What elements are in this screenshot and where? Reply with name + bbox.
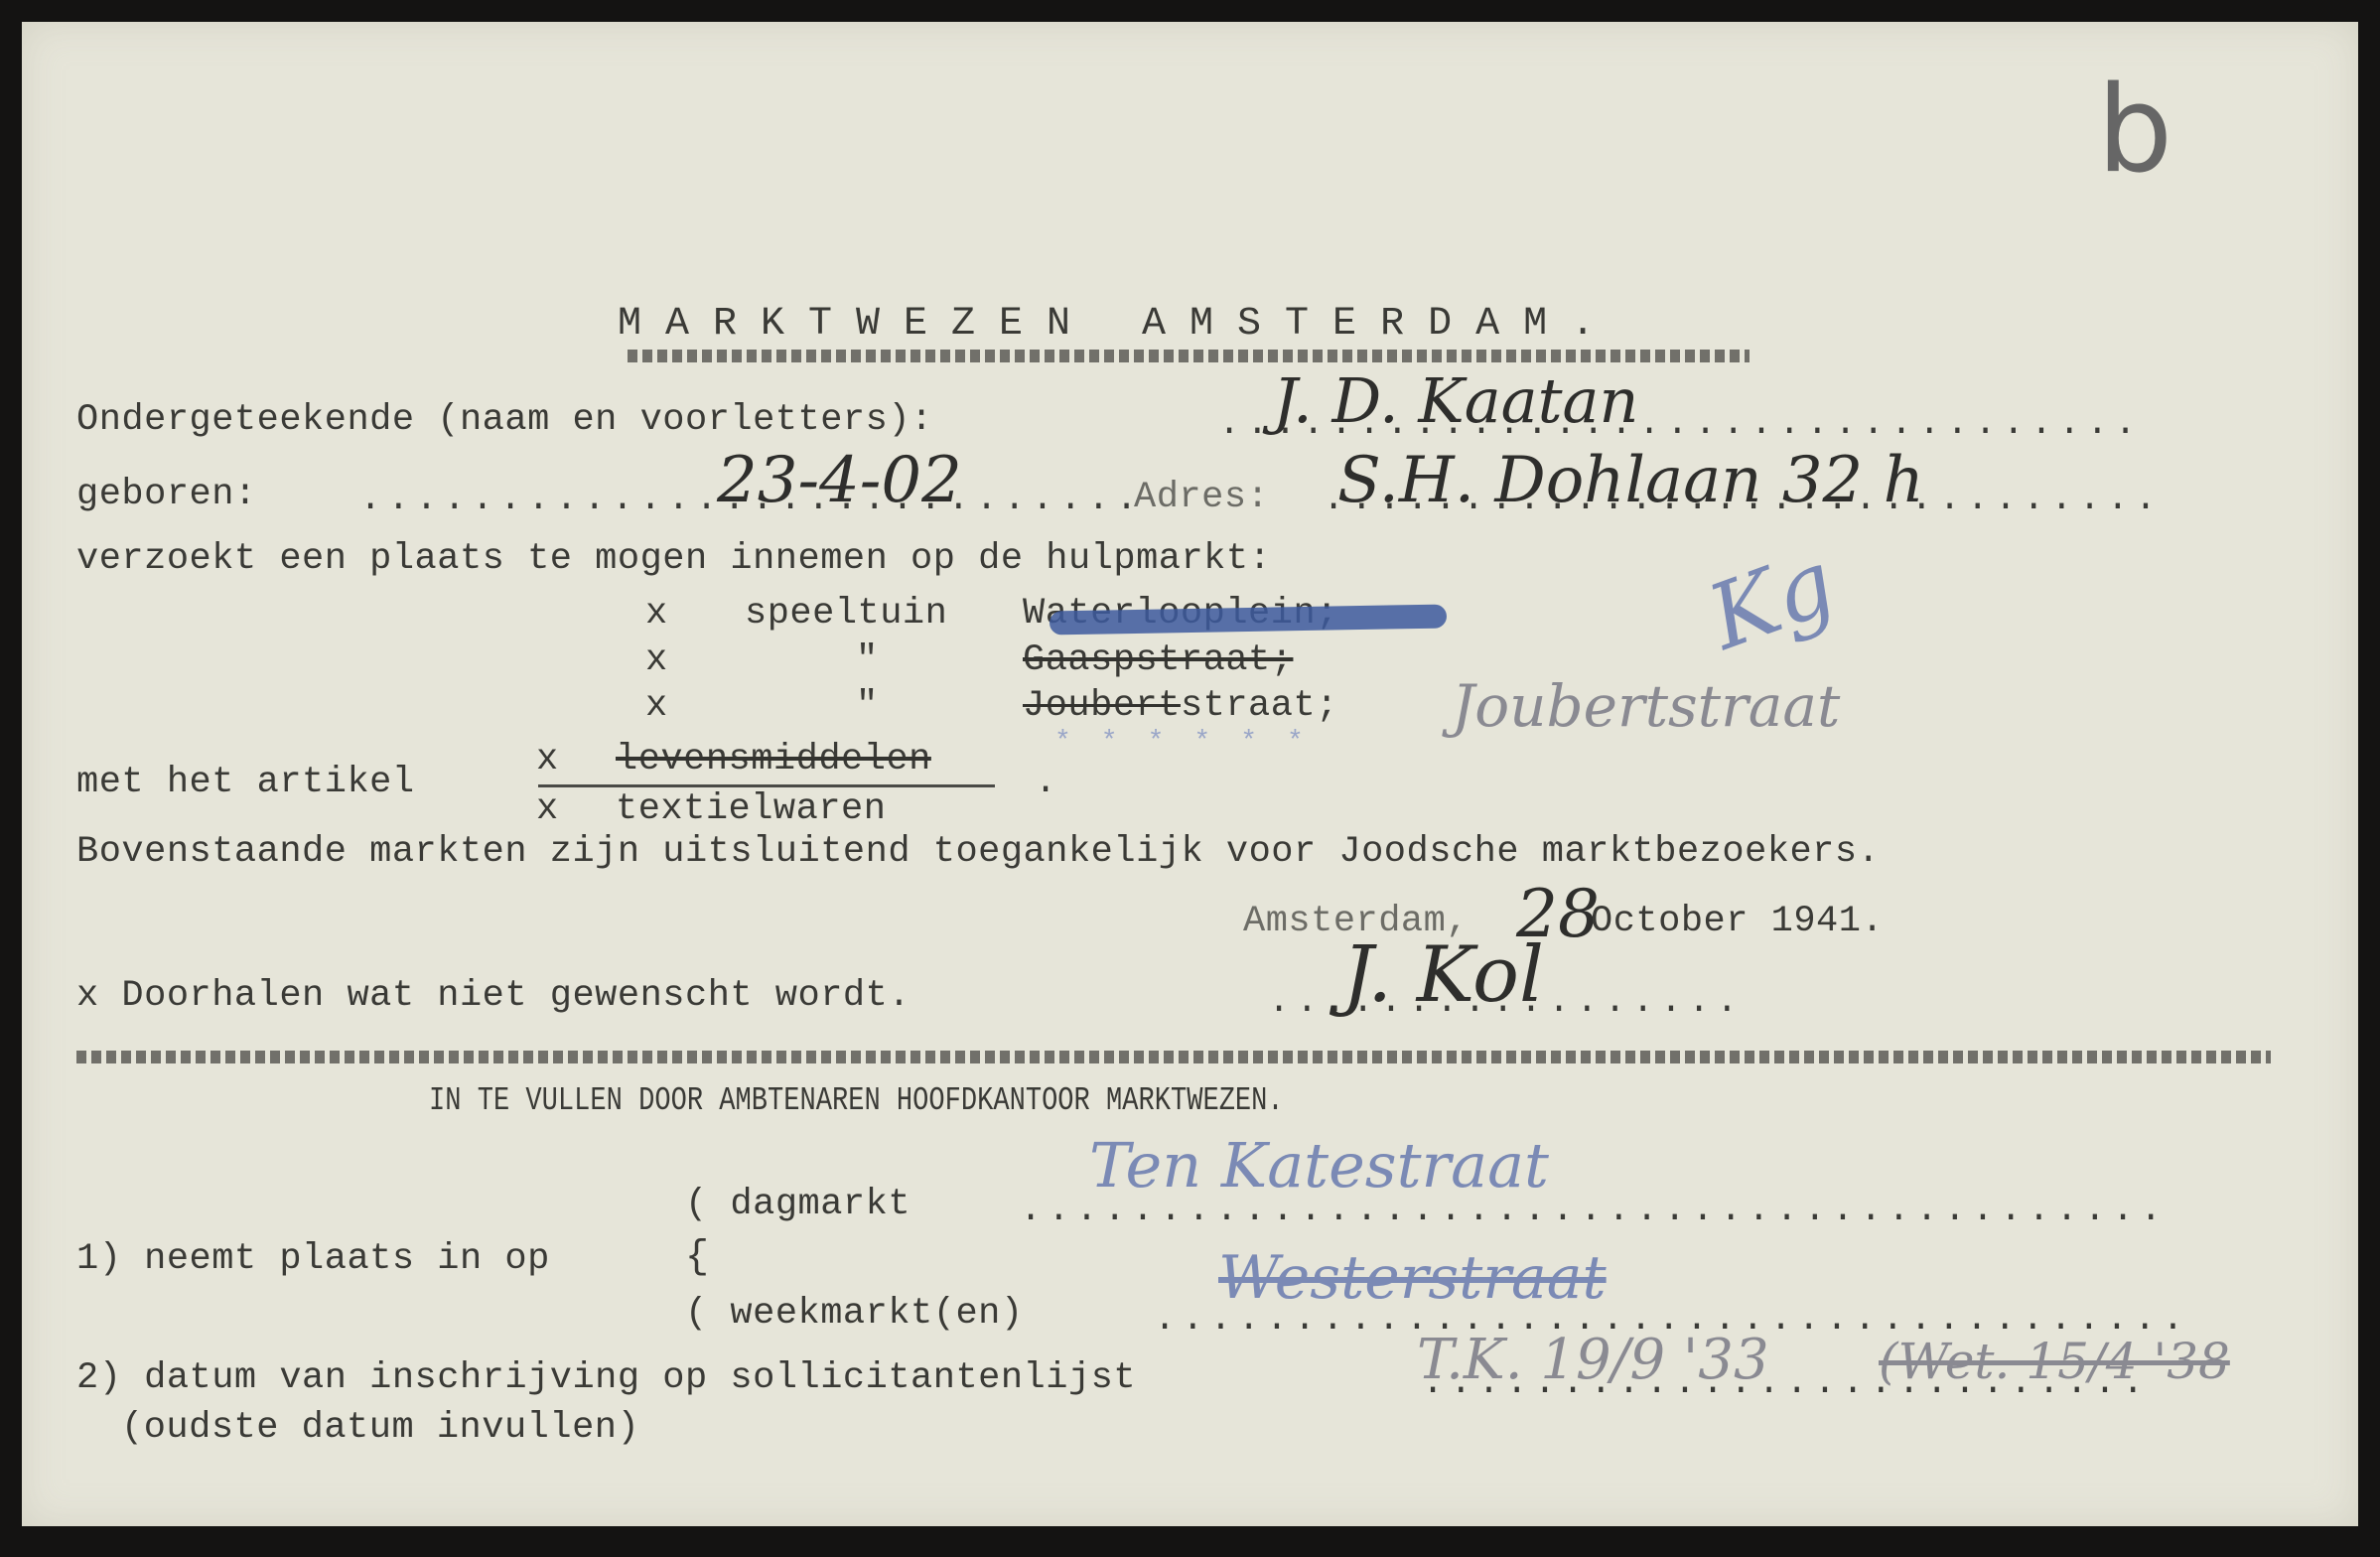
- corner-mark: b: [2097, 62, 2172, 200]
- document-title: MARKTWEZEN AMSTERDAM.: [618, 302, 1618, 347]
- request-intro: verzoekt een plaats te mogen innemen op …: [76, 538, 1271, 580]
- option-prefix: ": [856, 639, 879, 681]
- option-mark: x: [645, 593, 668, 635]
- title-double-underline: [628, 350, 1750, 359]
- article-divider: [538, 784, 995, 787]
- weekmarkt-label: ( weekmarkt(en): [685, 1293, 1024, 1335]
- option-prefix: speeltuin: [745, 593, 947, 635]
- born-handwritten: 23-4-02: [717, 444, 962, 517]
- article-period: .: [1035, 762, 1057, 803]
- dagmarkt-dotted-line: ........................................…: [1020, 1190, 2251, 1231]
- dagmarkt-label: ( dagmarkt: [685, 1184, 910, 1225]
- address-handwritten: S.H. Dohlaan 32 h: [1337, 444, 1924, 517]
- signing-month-year: October 1941.: [1591, 901, 1884, 942]
- signature: J. Kol: [1342, 930, 1544, 1020]
- article-mark: x: [536, 739, 559, 780]
- name-label: Ondergeteekende (naam en voorletters):: [76, 399, 933, 441]
- document-card: b MARKTWEZEN AMSTERDAM. Ondergeteekende …: [22, 22, 2358, 1526]
- official-section-title: IN TE VULLEN DOOR AMBTENAREN HOOFDKANTOO…: [429, 1082, 1284, 1119]
- article-levensmiddelen: levensmiddelen: [616, 739, 931, 780]
- item2-sublabel: (oudste datum invullen): [121, 1407, 639, 1449]
- item2-label: 2) datum van inschrijving op sollicitant…: [76, 1357, 1136, 1399]
- option-prefix: ": [856, 685, 879, 727]
- option-mark: x: [645, 639, 668, 681]
- born-label: geboren:: [76, 474, 257, 515]
- option-mark: x: [645, 685, 668, 727]
- item2-value: T.K. 19/9 '33: [1417, 1328, 1769, 1392]
- brace: {: [685, 1235, 709, 1280]
- footnote: x Doorhalen wat niet gewenscht wordt.: [76, 975, 910, 1017]
- section-separator: [76, 1051, 2271, 1061]
- article-mark: x: [536, 788, 559, 830]
- blue-margin-note: Kg: [1696, 530, 1848, 670]
- name-handwritten: J. D. Kaatan: [1273, 364, 1638, 437]
- option-place-gaaspstraat: Gaaspstraat;: [1023, 639, 1293, 681]
- blue-dots: ******: [1054, 727, 1333, 758]
- article-textielwaren: textielwaren: [616, 788, 886, 830]
- handwritten-joubertstraat: Joubertstraat: [1452, 672, 1840, 740]
- item2-struck-value: (Wet. 15/4 '38: [1879, 1333, 2230, 1390]
- article-label: met het artikel: [76, 762, 415, 803]
- notice-text: Bovenstaande markten zijn uitsluitend to…: [76, 831, 1880, 873]
- option-place-joubertstraat: Joubertstraat;: [1023, 685, 1338, 727]
- address-label: Adres:: [1134, 477, 1269, 518]
- item1-label: 1) neemt plaats in op: [76, 1238, 550, 1280]
